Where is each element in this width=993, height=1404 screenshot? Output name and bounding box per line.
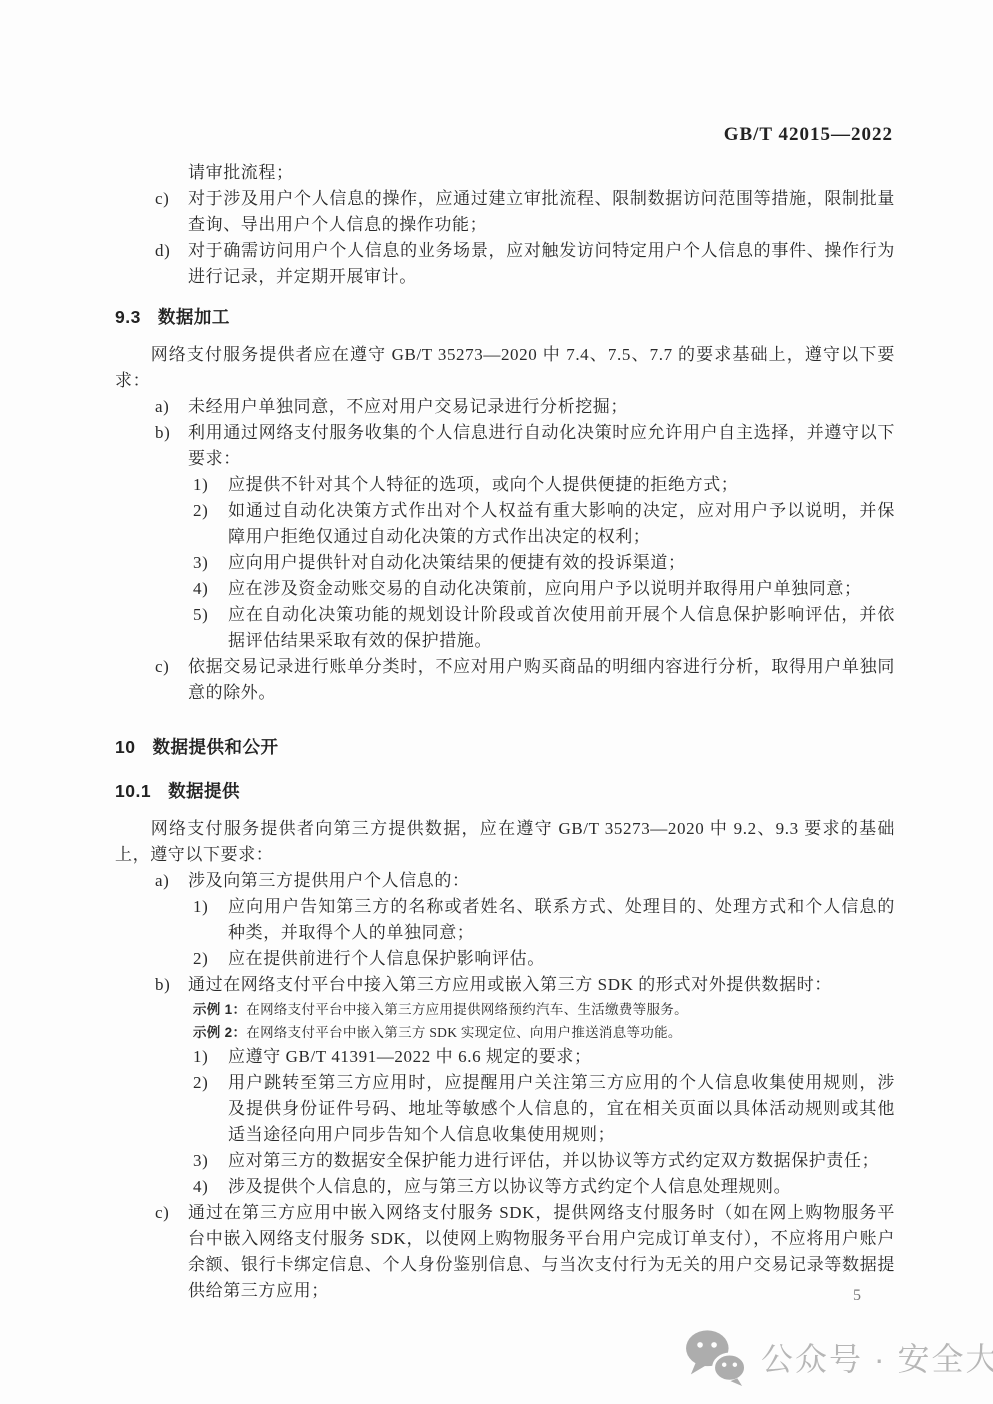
list-text: 依据交易记录进行账单分类时，不应对用户购买商品的明细内容进行分析，取得用户单独同… (188, 654, 895, 706)
list-text: 应遵守 GB/T 41391—2022 中 6.6 规定的要求； (228, 1044, 895, 1070)
list-text: 应在自动化决策功能的规划设计阶段或首次使用前开展个人信息保护影响评估，并依据评估… (228, 602, 895, 654)
doc-block-item: c)依据交易记录进行账单分类时，不应对用户购买商品的明细内容进行分析，取得用户单… (155, 654, 895, 706)
doc-block-subitem: 4)涉及提供个人信息的，应与第三方以协议等方式约定个人信息处理规则。 (193, 1174, 895, 1200)
doc-block-item: c)对于涉及用户个人信息的操作，应通过建立审批流程、限制数据访问范围等措施，限制… (155, 186, 895, 238)
list-label: 5) (193, 602, 228, 654)
doc-block-subitem: 1)应向用户告知第三方的名称或者姓名、联系方式、处理目的、处理方式和个人信息的种… (193, 894, 895, 946)
wechat-icon (684, 1328, 748, 1386)
list-text: 应向用户告知第三方的名称或者姓名、联系方式、处理目的、处理方式和个人信息的种类，… (228, 894, 895, 946)
list-label: 3) (193, 1148, 228, 1174)
doc-block-subitem: 3)应对第三方的数据安全保护能力进行评估，并以协议等方式约定双方数据保护责任； (193, 1148, 895, 1174)
list-text: 涉及提供个人信息的，应与第三方以协议等方式约定个人信息处理规则。 (228, 1174, 895, 1200)
doc-block-item: a)涉及向第三方提供用户个人信息的： (155, 868, 895, 894)
list-text: 如通过自动化决策方式作出对个人权益有重大影响的决定，应对用户予以说明，并保障用户… (228, 498, 895, 550)
list-label: a) (155, 394, 188, 420)
list-label: c) (155, 186, 188, 238)
example-text: 在网络支付平台中接入第三方应用提供网络预约汽车、生活缴费等服务。 (246, 1002, 688, 1017)
doc-block-section: 9.3数据加工 (115, 304, 895, 330)
example-text: 在网络支付平台中嵌入第三方 SDK 实现定位、向用户推送消息等功能。 (246, 1025, 681, 1040)
heading-number: 9.3 (115, 307, 141, 327)
doc-block-subitem: 2)如通过自动化决策方式作出对个人权益有重大影响的决定，应对用户予以说明，并保障… (193, 498, 895, 550)
list-text: 利用通过网络支付服务收集的个人信息进行自动化决策时应允许用户自主选择，并遵守以下… (188, 420, 895, 472)
doc-block-item: b)利用通过网络支付服务收集的个人信息进行自动化决策时应允许用户自主选择，并遵守… (155, 420, 895, 472)
list-label: c) (155, 1200, 188, 1304)
list-label: 1) (193, 472, 228, 498)
example-label: 示例 1： (193, 1002, 246, 1017)
list-label: 4) (193, 576, 228, 602)
doc-block-item: d)对于确需访问用户个人信息的业务场景，应对触发访问特定用户个人信息的事件、操作… (155, 238, 895, 290)
heading-title: 数据提供 (168, 781, 240, 801)
list-text: 应向用户提供针对自动化决策结果的便捷有效的投诉渠道； (228, 550, 895, 576)
doc-block-subitem: 1)应遵守 GB/T 41391—2022 中 6.6 规定的要求； (193, 1044, 895, 1070)
list-text: 未经用户单独同意，不应对用户交易记录进行分析挖掘； (188, 394, 895, 420)
doc-block-example: 示例 2：在网络支付平台中嵌入第三方 SDK 实现定位、向用户推送消息等功能。 (193, 1021, 895, 1044)
doc-block-para: 网络支付服务提供者应在遵守 GB/T 35273—2020 中 7.4、7.5、… (115, 342, 895, 394)
doc-block-para: 网络支付服务提供者向第三方提供数据，应在遵守 GB/T 35273—2020 中… (115, 816, 895, 868)
doc-block-continuation: 请审批流程； (188, 160, 895, 186)
heading-number: 10.1 (115, 781, 151, 801)
doc-block-example: 示例 1：在网络支付平台中接入第三方应用提供网络预约汽车、生活缴费等服务。 (193, 998, 895, 1021)
list-text: 用户跳转至第三方应用时，应提醒用户关注第三方应用的个人信息收集使用规则，涉及提供… (228, 1070, 895, 1148)
document-body: 请审批流程；c)对于涉及用户个人信息的操作，应通过建立审批流程、限制数据访问范围… (115, 160, 895, 1304)
list-text: 对于涉及用户个人信息的操作，应通过建立审批流程、限制数据访问范围等措施，限制批量… (188, 186, 895, 238)
heading-title: 数据提供和公开 (152, 737, 278, 757)
list-label: a) (155, 868, 188, 894)
list-label: b) (155, 972, 188, 998)
list-label: d) (155, 238, 188, 290)
doc-block-subitem: 5)应在自动化决策功能的规划设计阶段或首次使用前开展个人信息保护影响评估，并依据… (193, 602, 895, 654)
doc-block-subitem: 2)用户跳转至第三方应用时，应提醒用户关注第三方应用的个人信息收集使用规则，涉及… (193, 1070, 895, 1148)
heading-number: 10 (115, 737, 135, 757)
list-label: 1) (193, 894, 228, 946)
list-text: 通过在网络支付平台中接入第三方应用或嵌入第三方 SDK 的形式对外提供数据时： (188, 972, 895, 998)
heading-title: 数据加工 (158, 307, 230, 327)
doc-block-subitem: 1)应提供不针对其个人特征的选项，或向个人提供便捷的拒绝方式； (193, 472, 895, 498)
list-label: 1) (193, 1044, 228, 1070)
document-page: GB/T 42015—2022 请审批流程；c)对于涉及用户个人信息的操作，应通… (0, 0, 993, 1404)
list-text: 应对第三方的数据安全保护能力进行评估，并以协议等方式约定双方数据保护责任； (228, 1148, 895, 1174)
list-text: 应在涉及资金动账交易的自动化决策前，应向用户予以说明并取得用户单独同意； (228, 576, 895, 602)
doc-block-item: c)通过在第三方应用中嵌入网络支付服务 SDK，提供网络支付服务时（如在网上购物… (155, 1200, 895, 1304)
doc-block-chapter: 10数据提供和公开 (115, 734, 895, 760)
list-text: 对于确需访问用户个人信息的业务场景，应对触发访问特定用户个人信息的事件、操作行为… (188, 238, 895, 290)
watermark-footer: 公众号 · 安全大脑 (684, 1328, 993, 1386)
list-text: 应提供不针对其个人特征的选项，或向个人提供便捷的拒绝方式； (228, 472, 895, 498)
doc-block-item: a)未经用户单独同意，不应对用户交易记录进行分析挖掘； (155, 394, 895, 420)
list-label: c) (155, 654, 188, 706)
doc-block-subitem: 3)应向用户提供针对自动化决策结果的便捷有效的投诉渠道； (193, 550, 895, 576)
list-label: 2) (193, 946, 228, 972)
standard-number-header: GB/T 42015—2022 (724, 124, 893, 146)
list-label: 2) (193, 1070, 228, 1148)
list-text: 应在提供前进行个人信息保护影响评估。 (228, 946, 895, 972)
doc-block-subitem: 4)应在涉及资金动账交易的自动化决策前，应向用户予以说明并取得用户单独同意； (193, 576, 895, 602)
list-label: 4) (193, 1174, 228, 1200)
list-text: 通过在第三方应用中嵌入网络支付服务 SDK，提供网络支付服务时（如在网上购物服务… (188, 1200, 895, 1304)
page-number: 5 (853, 1287, 861, 1305)
doc-block-subitem: 2)应在提供前进行个人信息保护影响评估。 (193, 946, 895, 972)
example-label: 示例 2： (193, 1025, 246, 1040)
list-label: b) (155, 420, 188, 472)
list-label: 3) (193, 550, 228, 576)
doc-block-section: 10.1数据提供 (115, 778, 895, 804)
list-text: 涉及向第三方提供用户个人信息的： (188, 868, 895, 894)
list-label: 2) (193, 498, 228, 550)
footer-label: 公众号 · 安全大脑 (761, 1334, 993, 1380)
doc-block-item: b)通过在网络支付平台中接入第三方应用或嵌入第三方 SDK 的形式对外提供数据时… (155, 972, 895, 998)
